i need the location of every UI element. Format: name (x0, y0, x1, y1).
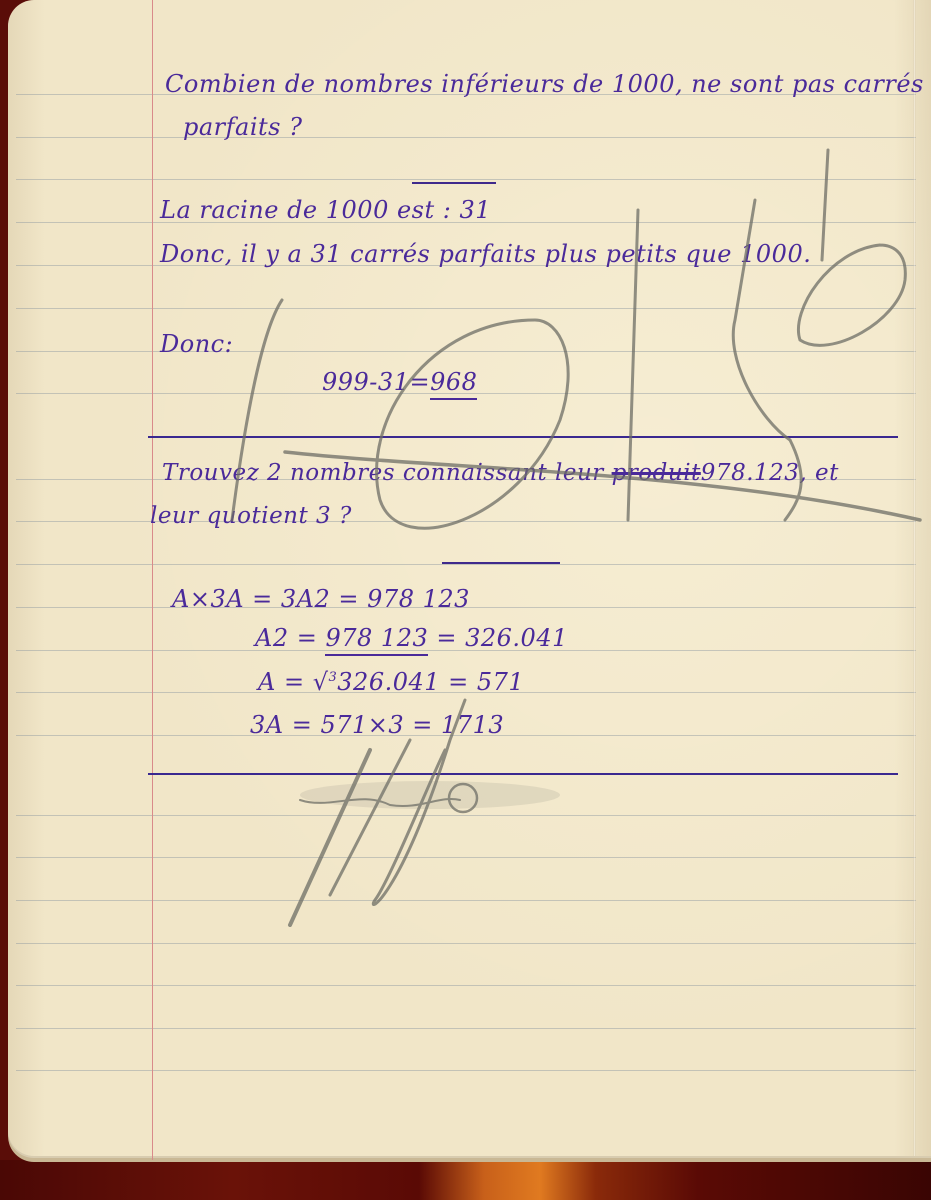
desk-background (0, 1160, 931, 1200)
exercise2-step4: 3A = 571×3 = 1713 (250, 711, 504, 739)
step2-rhs: = 326.041 (436, 624, 567, 652)
ruled-line (16, 351, 916, 352)
exercise1-conclusion-label: Donc: (160, 330, 233, 358)
exercise2-step1: A×3A = 3A2 = 978 123 (172, 585, 470, 613)
step3-rhs: 326.041 = 571 (337, 668, 524, 696)
exercise2-step3: A = √3326.041 = 571 (258, 668, 524, 696)
exercise1-question-line1: Combien de nombres inférieurs de 1000, n… (165, 70, 924, 98)
calc-result: 968 (430, 368, 477, 400)
short-divider (412, 182, 496, 184)
margin-line (152, 0, 153, 1160)
q2-struck-word: produit (612, 460, 701, 486)
ruled-line (16, 1028, 916, 1029)
exercise2-question-line2: leur quotient 3 ? (150, 503, 352, 529)
ruled-line (16, 815, 916, 816)
ruled-line (16, 137, 916, 138)
q2-text-a: Trouvez 2 nombres connaissant leur (162, 460, 604, 486)
section-divider (148, 773, 898, 775)
ruled-line (16, 857, 916, 858)
exercise1-question-line2: parfaits ? (183, 113, 302, 141)
page-fold (913, 0, 916, 1156)
ruled-line (16, 179, 916, 180)
calc-lhs: 999-31= (322, 368, 430, 396)
step2-numerator: 978 123 (325, 624, 428, 656)
exercise1-answer-line2: Donc, il y a 31 carrés parfaits plus pet… (160, 240, 811, 268)
step3-lhs: A = √ (258, 668, 329, 696)
exercise2-question-line1: Trouvez 2 nombres connaissant leur produ… (162, 460, 839, 486)
exercise2-step2: A2 = 978 123 = 326.041 (255, 624, 568, 652)
ruled-line (16, 943, 916, 944)
q2-text-b: 978.123, et (701, 460, 839, 486)
ruled-line (16, 564, 916, 565)
notebook-page (8, 0, 931, 1156)
step3-root-index: 3 (329, 670, 338, 685)
ruled-line (16, 900, 916, 901)
short-divider (442, 562, 560, 564)
exercise1-calculation: 999-31=968 (322, 368, 477, 396)
ruled-line (16, 985, 916, 986)
step2-lhs: A2 = (255, 624, 317, 652)
section-divider (148, 436, 898, 438)
ruled-line (16, 308, 916, 309)
ruled-line (16, 1070, 916, 1071)
exercise1-answer-line1: La racine de 1000 est : 31 (160, 196, 491, 224)
